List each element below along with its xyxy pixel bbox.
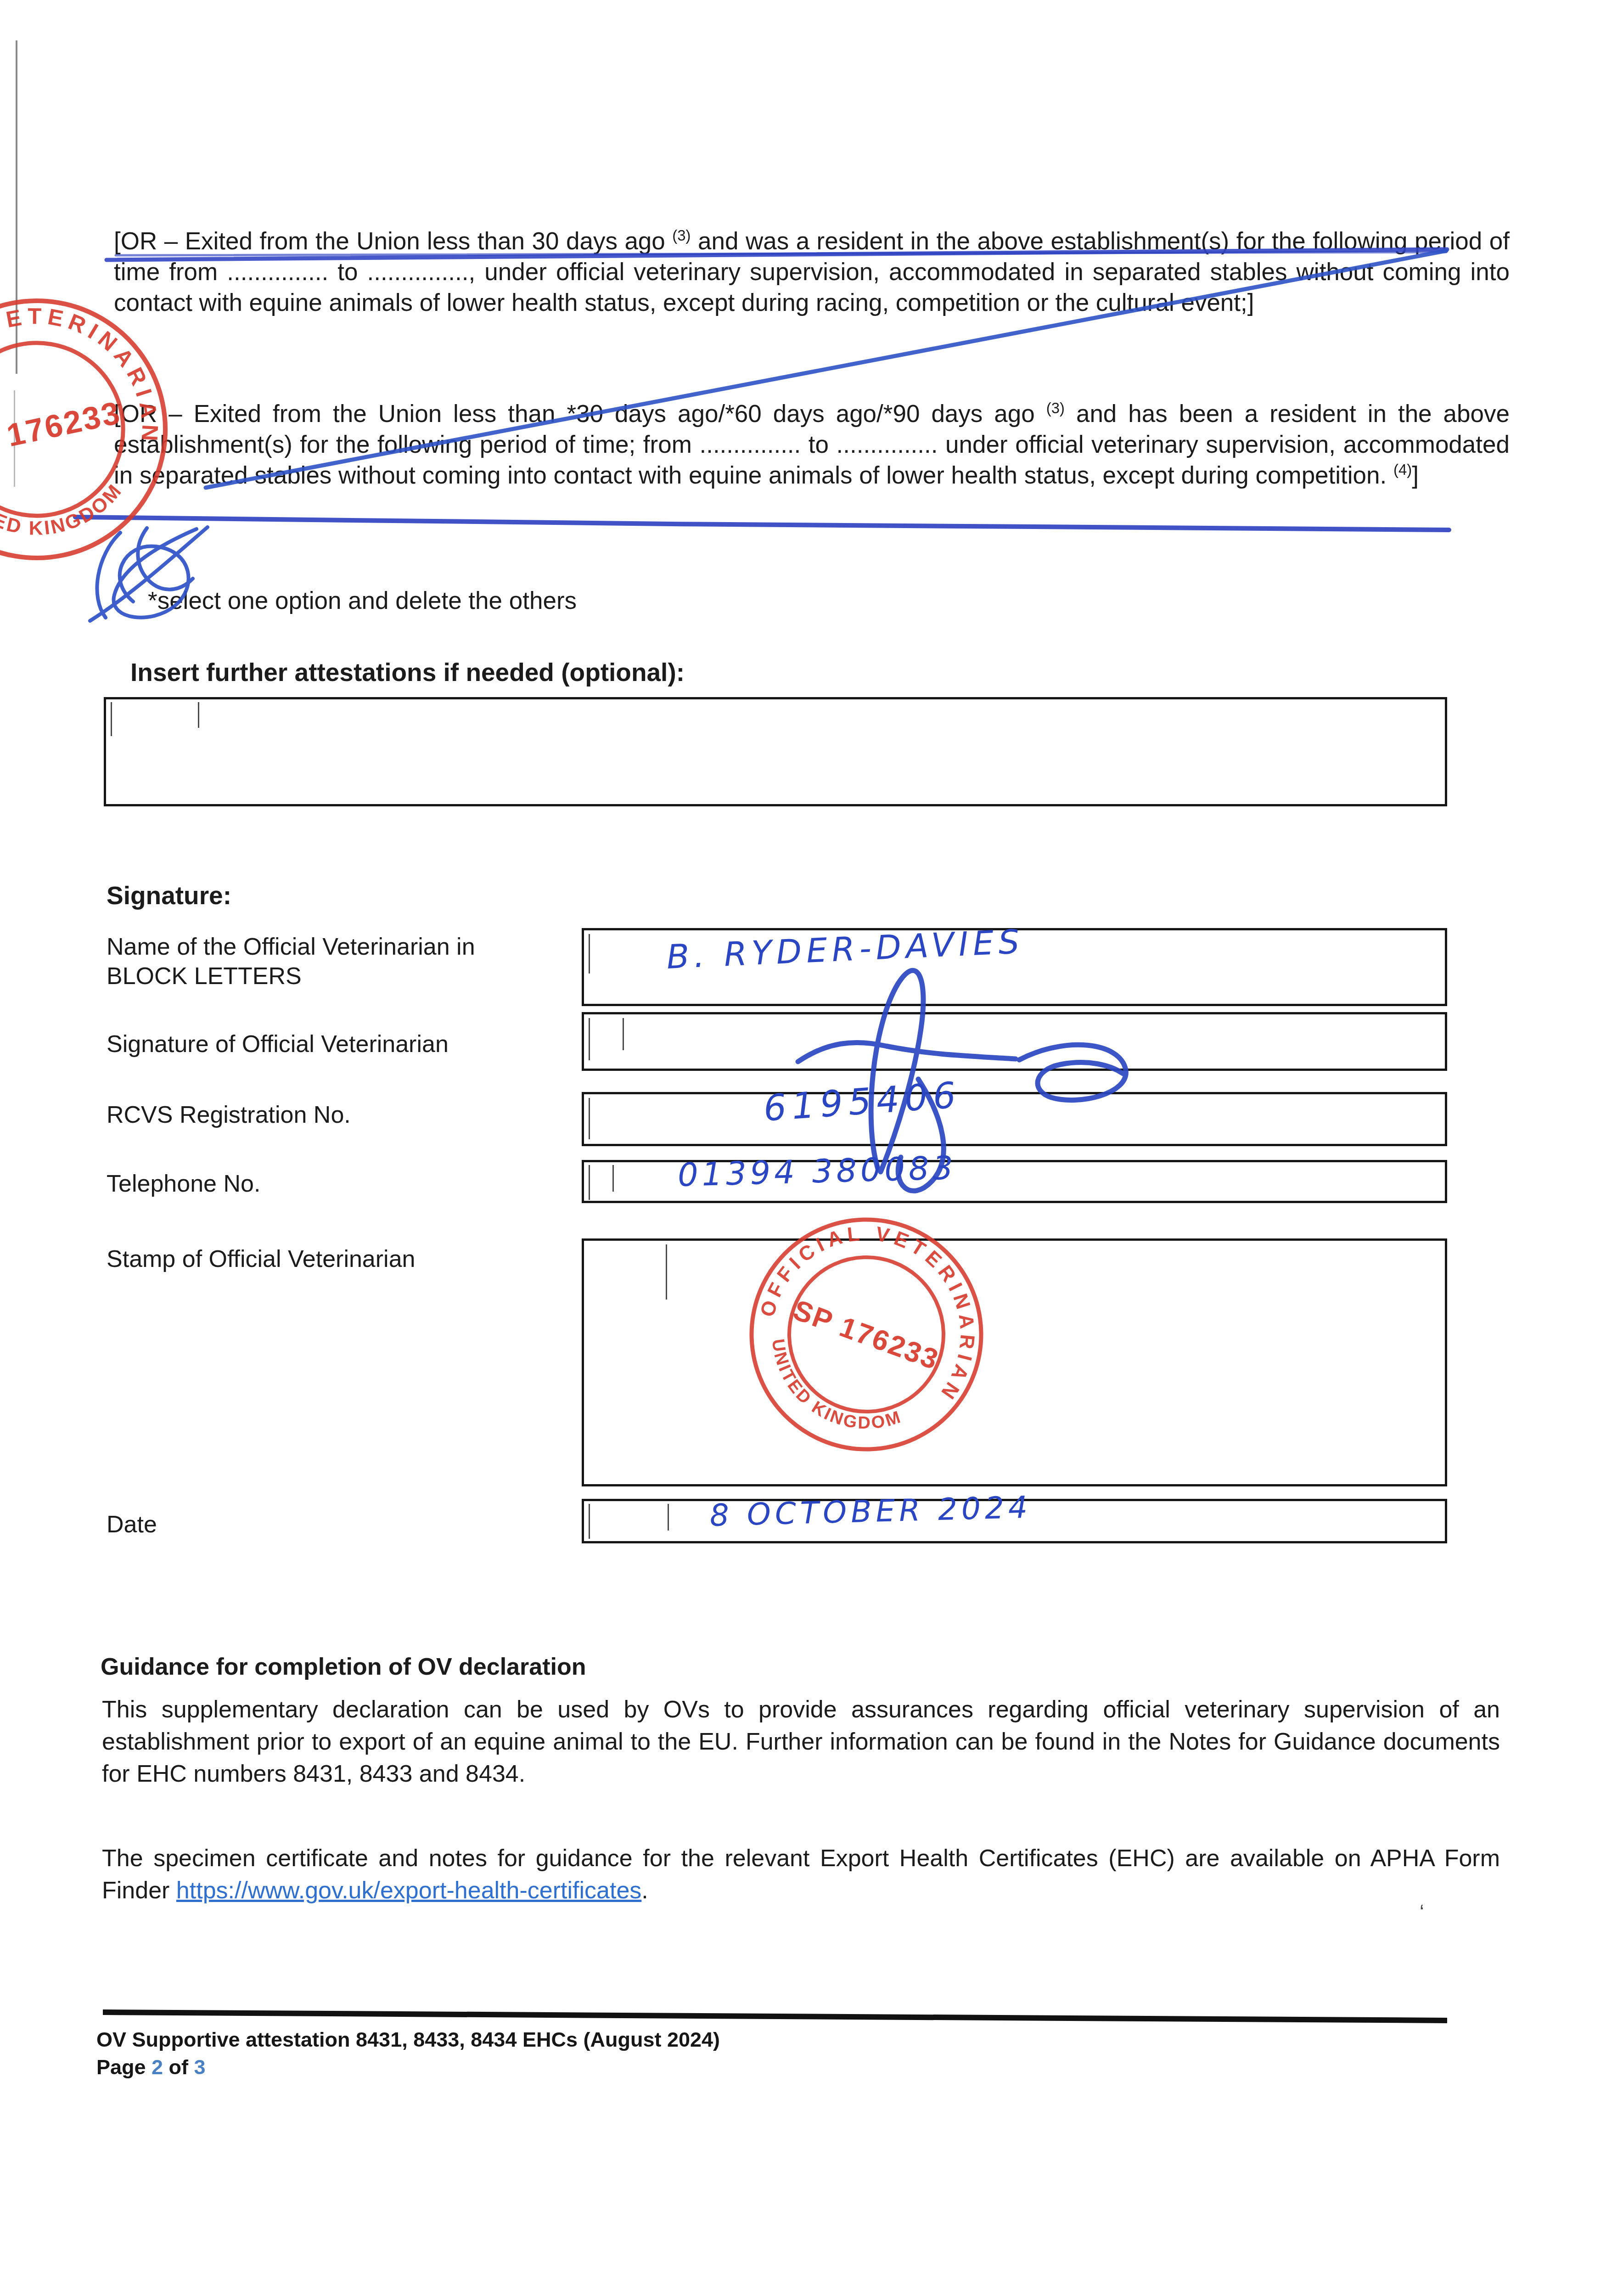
footnote-4-ref: (4) (1393, 461, 1412, 478)
pen-strikethrough-option2 (75, 517, 1449, 530)
footnote-3-ref: (3) (672, 227, 691, 244)
cell-divider-mark (589, 1504, 590, 1539)
further-attestations-box (104, 697, 1447, 806)
cell-divider-mark (623, 1018, 624, 1050)
signature-field-label: Signature of Official Veterinarian (107, 1030, 556, 1059)
scan-artifact-line (16, 40, 17, 374)
cell-divider-mark (589, 934, 590, 974)
scan-artifact-line (14, 390, 15, 487)
footer-page-number: Page 2 of 3 (96, 2054, 206, 2081)
cell-divider-mark (589, 1018, 590, 1060)
footer-rule (103, 2012, 1447, 2020)
date-field-label: Date (107, 1510, 556, 1539)
cell-divider-mark (589, 1165, 590, 1200)
name-field-label: Name of the Official Veterinarian in BLO… (107, 932, 556, 991)
further-attestations-heading: Insert further attestations if needed (o… (130, 658, 685, 687)
signature-heading: Signature: (107, 881, 231, 910)
rcvs-field-box (582, 1092, 1447, 1146)
option2-text-pre: [OR – Exited from the Union less than *3… (114, 400, 1046, 428)
cell-divider-mark (612, 1165, 614, 1192)
cell-divider-mark (589, 1098, 590, 1139)
telephone-field-label: Telephone No. (107, 1169, 556, 1199)
option2-text-post: ] (1412, 462, 1419, 489)
ink-and-stamp-overlay: OFFICIAL VETERINARIAN UNITED KINGDOM SP … (0, 0, 1623, 2296)
stray-pen-mark: ‘ (1420, 1901, 1424, 1924)
option2-paragraph: [OR – Exited from the Union less than *3… (114, 399, 1510, 491)
option1-paragraph: [OR – Exited from the Union less than 30… (114, 226, 1510, 318)
stamp-field-box (582, 1238, 1447, 1486)
guidance-paragraph-2-suffix: . (641, 1877, 648, 1904)
footer-page-of: of (163, 2055, 194, 2079)
rcvs-field-label: RCVS Registration No. (107, 1100, 556, 1130)
select-option-note: *select one option and delete the others (148, 587, 577, 615)
cell-divider-mark (198, 702, 199, 728)
cell-divider-mark (666, 1244, 667, 1300)
footer-page-total: 3 (194, 2055, 206, 2079)
cell-divider-mark (111, 702, 112, 736)
signature-field-box (582, 1012, 1447, 1071)
guidance-paragraph-1: This supplementary declaration can be us… (102, 1694, 1500, 1790)
scanned-document-page: [OR – Exited from the Union less than 30… (0, 0, 1623, 2296)
stamp-field-label: Stamp of Official Veterinarian (107, 1244, 556, 1274)
option1-text-pre: [OR – Exited from the Union less than 30… (114, 228, 672, 255)
footer-page-label: Page (96, 2055, 152, 2079)
guidance-paragraph-2: The specimen certificate and notes for g… (102, 1842, 1500, 1907)
cell-divider-mark (668, 1504, 669, 1531)
footnote-3-ref: (3) (1046, 400, 1065, 416)
footer-document-reference: OV Supportive attestation 8431, 8433, 84… (96, 2026, 720, 2054)
footer-page-current: 2 (152, 2055, 163, 2079)
guidance-heading: Guidance for completion of OV declaratio… (101, 1653, 586, 1681)
telephone-handwritten-value: 01394 380083 (677, 1149, 957, 1194)
export-health-certificates-link[interactable]: https://www.gov.uk/export-health-certifi… (176, 1877, 641, 1904)
